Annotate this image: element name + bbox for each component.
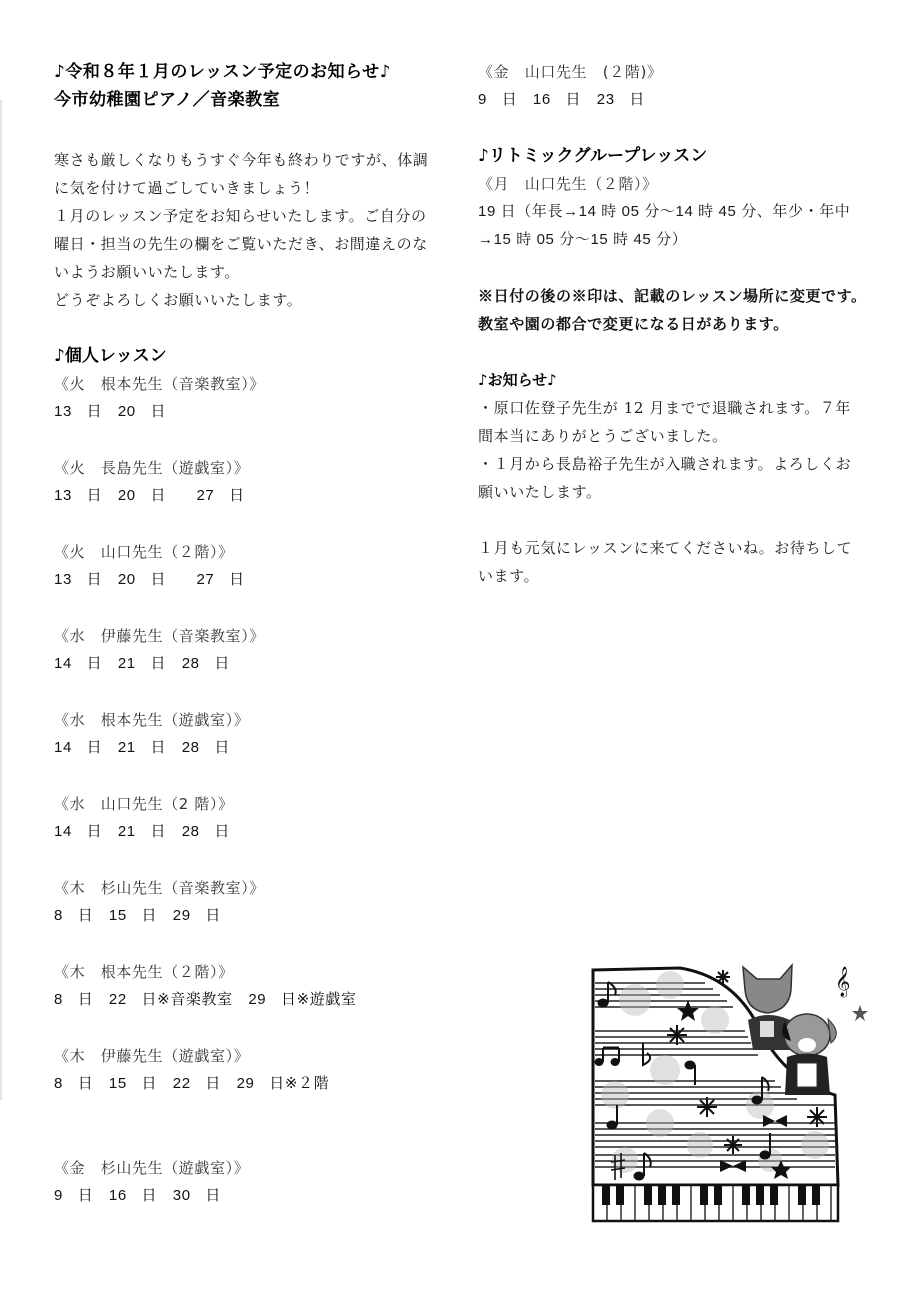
lesson-dates: 14 日 21 日 28 日 bbox=[54, 650, 454, 678]
lesson-dates: 9 日 16 日 30 日 bbox=[54, 1182, 454, 1210]
lesson-dates: 8 日 15 日 29 日 bbox=[54, 902, 454, 930]
rhythmic-teacher: 《月 山口先生（２階）》 bbox=[478, 170, 908, 198]
rhythmic-lesson-heading: ♪リトミックグループレッスン bbox=[478, 142, 908, 170]
dog-icon bbox=[782, 1014, 836, 1095]
news-heading: ♪お知らせ♪ bbox=[478, 366, 908, 394]
lesson-dates: 14 日 21 日 28 日 bbox=[54, 734, 454, 762]
news-line: 間本当にありがとうございました。 bbox=[478, 422, 908, 450]
lesson-teacher: 《木 根本先生（２階）》 bbox=[54, 958, 454, 986]
lesson-dates: 14 日 21 日 28 日 bbox=[54, 818, 454, 846]
lesson-dates: 13 日 20 日 27 日 bbox=[54, 482, 454, 510]
intro-paragraph: 寒さも厳しくなりもうすぐ今年も終わりですが、体調 に気を付けて過ごしていきましょ… bbox=[54, 146, 454, 314]
closing-line: います。 bbox=[478, 562, 908, 590]
intro-line: に気を付けて過ごしていきましょう！ bbox=[54, 174, 454, 202]
page-edge-shadow bbox=[0, 100, 2, 1100]
lesson-teacher: 《水 根本先生（遊戯室）》 bbox=[54, 706, 454, 734]
lesson-teacher: 《火 長島先生（遊戯室）》 bbox=[54, 454, 454, 482]
closing-line: １月も元気にレッスンに来てくださいね。お待ちして bbox=[478, 534, 908, 562]
lesson-entry: 《火 山口先生（２階）》 13 日 20 日 27 日 bbox=[54, 538, 454, 594]
school-name: 今市幼稚園ピアノ／音楽教室 bbox=[54, 86, 454, 114]
note-line: 教室や園の都合で変更になる日があります。 bbox=[478, 310, 908, 338]
lesson-dates: 13 日 20 日 bbox=[54, 398, 454, 426]
lesson-dates: 9 日 16 日 23 日 bbox=[478, 86, 908, 114]
news-line: 願いいたします。 bbox=[478, 478, 908, 506]
lesson-entry: 《金 杉山先生（遊戯室）》 9 日 16 日 30 日 bbox=[54, 1154, 454, 1210]
lesson-teacher: 《木 伊藤先生（遊戯室）》 bbox=[54, 1042, 454, 1070]
lesson-entry: 《火 根本先生（音楽教室）》 13 日 20 日 bbox=[54, 370, 454, 426]
lesson-teacher: 《火 山口先生（２階）》 bbox=[54, 538, 454, 566]
lesson-dates: 13 日 20 日 27 日 bbox=[54, 566, 454, 594]
news-line: ・１月から長島裕子先生が入職されます。よろしくお bbox=[478, 450, 908, 478]
lesson-entry: 《金 山口先生 (２階)》 9 日 16 日 23 日 bbox=[478, 58, 908, 114]
lesson-teacher: 《金 山口先生 (２階)》 bbox=[478, 58, 908, 86]
intro-line: １月のレッスン予定をお知らせいたします。ご自分の bbox=[54, 202, 454, 230]
lesson-entry: 《木 杉山先生（音楽教室）》 8 日 15 日 29 日 bbox=[54, 874, 454, 930]
lesson-entry: 《火 長島先生（遊戯室）》 13 日 20 日 27 日 bbox=[54, 454, 454, 510]
lesson-entry: 《水 山口先生（2 階）》 14 日 21 日 28 日 bbox=[54, 790, 454, 846]
page-title: ♪令和８年１月のレッスン予定のお知らせ♪ bbox=[54, 58, 454, 86]
lesson-teacher: 《木 杉山先生（音楽教室）》 bbox=[54, 874, 454, 902]
intro-line: 寒さも厳しくなりもうすぐ今年も終わりですが、体調 bbox=[54, 146, 454, 174]
intro-line: 曜日・担当の先生の欄をご覧いただき、お間違えのな bbox=[54, 230, 454, 258]
rhythmic-schedule-line: 19 日（年長→14 時 05 分～14 時 45 分、年少・年中 bbox=[478, 198, 908, 226]
lesson-teacher: 《火 根本先生（音楽教室）》 bbox=[54, 370, 454, 398]
lesson-entry: 《木 伊藤先生（遊戯室）》 8 日 15 日 22 日 29 日※２階 bbox=[54, 1042, 454, 1098]
rhythmic-schedule-line: →15 時 05 分～15 時 45 分） bbox=[478, 226, 908, 254]
lesson-dates: 8 日 15 日 22 日 29 日※２階 bbox=[54, 1070, 454, 1098]
lesson-teacher: 《水 山口先生（2 階）》 bbox=[54, 790, 454, 818]
news-line: ・原口佐登子先生が 12 月までで退職されます。７年 bbox=[478, 394, 908, 422]
lesson-dates: 8 日 22 日※音楽教室 29 日※遊戯室 bbox=[54, 986, 454, 1014]
note-line: ※日付の後の※印は、記載のレッスン場所に変更です。 bbox=[478, 282, 908, 310]
intro-line: いようお願いいたします。 bbox=[54, 258, 454, 286]
piano-illustration: 𝄞 bbox=[585, 955, 885, 1225]
svg-text:𝄞: 𝄞 bbox=[835, 966, 850, 998]
lesson-teacher: 《水 伊藤先生（音楽教室）》 bbox=[54, 622, 454, 650]
intro-line: どうぞよろしくお願いいたします。 bbox=[54, 286, 454, 314]
lesson-entry: 《水 根本先生（遊戯室）》 14 日 21 日 28 日 bbox=[54, 706, 454, 762]
right-column: 《金 山口先生 (２階)》 9 日 16 日 23 日 ♪リトミックグループレッ… bbox=[478, 58, 908, 590]
left-column: ♪令和８年１月のレッスン予定のお知らせ♪ 今市幼稚園ピアノ／音楽教室 寒さも厳し… bbox=[54, 58, 454, 1238]
individual-lesson-heading: ♪個人レッスン bbox=[54, 342, 454, 370]
lesson-teacher: 《金 杉山先生（遊戯室）》 bbox=[54, 1154, 454, 1182]
lesson-entry: 《木 根本先生（２階）》 8 日 22 日※音楽教室 29 日※遊戯室 bbox=[54, 958, 454, 1014]
keyboard-icon bbox=[593, 1185, 838, 1221]
lesson-entry: 《水 伊藤先生（音楽教室）》 14 日 21 日 28 日 bbox=[54, 622, 454, 678]
